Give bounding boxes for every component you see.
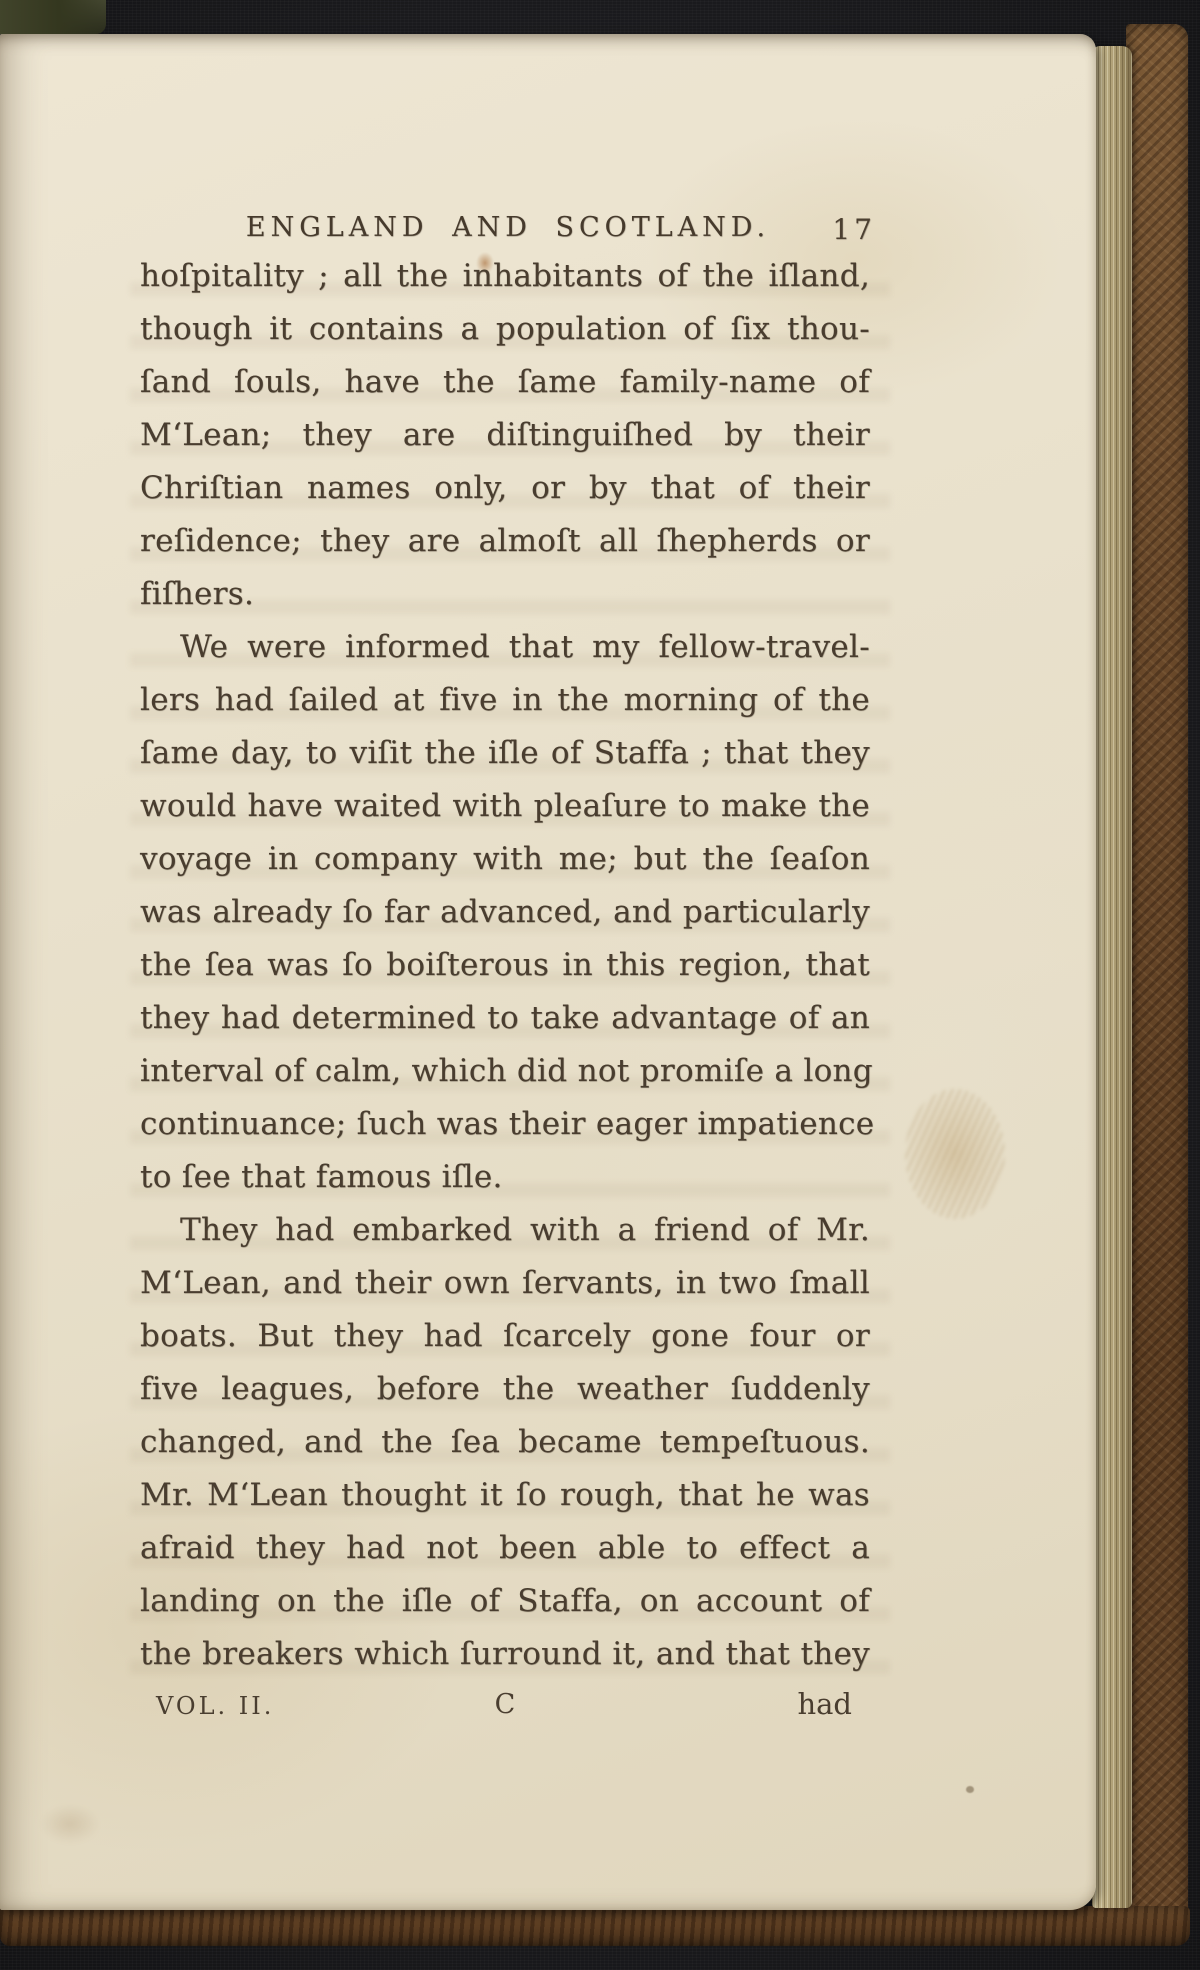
body-line: fiſhers. [140,568,870,621]
running-head-title: ENGLAND AND SCOTLAND. [140,212,876,243]
body-line: continuance; ſuch was their eager impati… [140,1098,870,1151]
body-line: would have waited with pleaſure to make … [140,780,870,833]
finger-smudge-stain [905,1089,1005,1219]
body-line: ſand ſouls, have the ſame family-name of [140,356,870,409]
book-page: ENGLAND AND SCOTLAND. 17 hoſpitality ; a… [0,34,1096,1910]
body-line: boats. But they had ſcarcely gone four o… [140,1310,870,1363]
body-line: landing on the iſle of Staffa, on accoun… [140,1575,870,1628]
body-line: voyage in company with me; but the ſeaſo… [140,833,870,886]
body-line: lers had ſailed at five in the morning o… [140,674,870,727]
page-block-fore-edge [1092,46,1132,1908]
body-line: changed, and the ſea became tempeſtuous. [140,1416,870,1469]
catchword: had [797,1687,852,1721]
book-cover-leather-bottom [0,1906,1190,1946]
body-line: Mr. M‘Lean thought it ſo rough, that he … [140,1469,870,1522]
body-line: the breakers which ſurround it, and that… [140,1628,870,1681]
body-line: afraid they had not been able to effect … [140,1522,870,1575]
body-line: Chriſtian names only, or by that of thei… [140,462,870,515]
body-line: hoſpitality ; all the inhabitants of the… [140,250,870,303]
body-line: M‘Lean, and their own ſervants, in two ſ… [140,1257,870,1310]
page-number: 17 [832,213,876,246]
page-footer: VOL. II. C had [140,1684,870,1728]
signature-mark: C [140,1689,870,1720]
body-line: ſame day, to viſit the iſle of Staffa ; … [140,727,870,780]
body-line: was already ſo far advanced, and particu… [140,886,870,939]
body-line: We were informed that my fellow-travel- [140,621,870,674]
body-line: They had embarked with a friend of Mr. [140,1204,870,1257]
ink-speck [966,1786,974,1793]
body-line: five leagues, before the weather ſuddenl… [140,1363,870,1416]
page-body-text: hoſpitality ; all the inhabitants of the… [140,250,870,1681]
body-line: M‘Lean; they are diſtinguiſhed by their [140,409,870,462]
scan-background: { "page": { "header": { "title": "ENGLAN… [0,0,1200,1970]
foxing-stain [40,1804,100,1844]
page-header: ENGLAND AND SCOTLAND. 17 [140,212,876,252]
book-cover-leather-right [1126,24,1188,1946]
body-line: reſidence; they are almoſt all ſhepherds… [140,515,870,568]
body-line: interval of calm, which did not promiſe … [140,1045,870,1098]
body-line: though it contains a population of ſix t… [140,303,870,356]
adjacent-book-edge [0,0,106,34]
body-line: to ſee that famous iſle. [140,1151,870,1204]
body-line: the ſea was ſo boiſterous in this region… [140,939,870,992]
body-line: they had determined to take advantage of… [140,992,870,1045]
